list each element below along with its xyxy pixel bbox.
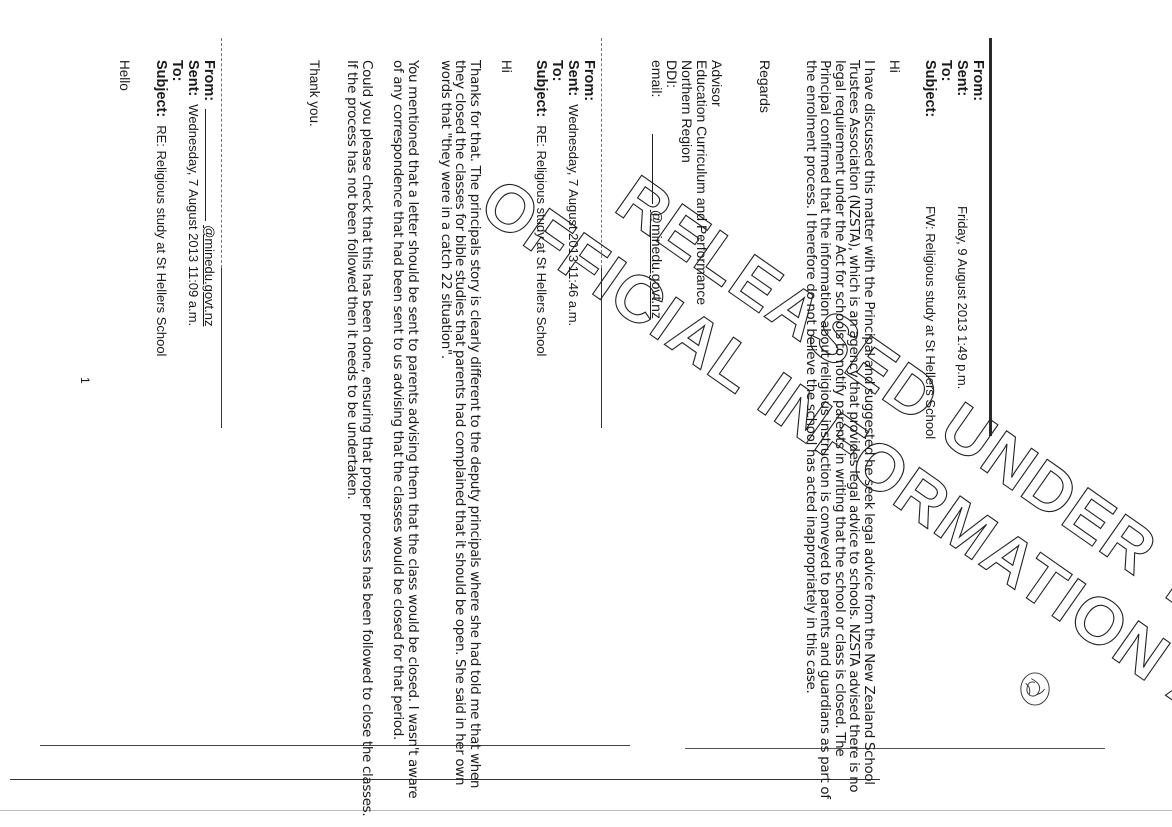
- signature-region: Northern Region: [679, 60, 694, 319]
- body-line: the enrolment process. I therefore do no…: [803, 60, 818, 799]
- header-sent: Sent: Wednesday, 7 August 2013 11:09 a.m…: [185, 60, 201, 356]
- ministry-logo-icon: [1018, 670, 1052, 708]
- header-from: From:: [970, 60, 986, 439]
- header-sent: Sent: Friday, 9 August 2013 1:49 p.m.: [954, 60, 970, 439]
- email-link[interactable]: @minedu.govt.nz: [649, 210, 665, 319]
- body-paragraph: I have discussed this matter with the Pr…: [803, 60, 876, 799]
- to-label: To:: [549, 60, 565, 81]
- body-line: Could you please check that this has bee…: [359, 60, 374, 816]
- email-label: email:: [649, 60, 664, 130]
- closing: Thank you.: [307, 60, 322, 127]
- email-separator: [601, 268, 602, 428]
- body-line: If the process has not been followed the…: [345, 60, 360, 816]
- closing: Regards: [757, 60, 772, 319]
- body-line: legal requirement under the Act for scho…: [832, 60, 847, 799]
- body-paragraph: Could you please check that this has bee…: [345, 60, 374, 816]
- to-label: To:: [169, 60, 185, 81]
- sent-value: Friday, 9 August 2013 1:49 p.m.: [955, 206, 970, 389]
- subject-value: RE: Religious study at St Hellers School: [154, 125, 169, 356]
- subject-label: Subject:: [153, 60, 169, 117]
- signature-title: Advisor: [709, 60, 724, 319]
- header-from: From:: [581, 60, 597, 356]
- header-to: To:: [169, 60, 185, 356]
- header-subject: Subject: FW: Religious study at St Helle…: [922, 60, 938, 439]
- sent-value: Wednesday, 7 August 2013 11:46 a.m.: [566, 104, 581, 326]
- header-rule: [989, 38, 992, 436]
- email-separator: [221, 268, 222, 428]
- redacted-email-local: [652, 134, 653, 204]
- from-label: From:: [970, 60, 986, 170]
- subject-label: Subject:: [922, 60, 938, 170]
- header-subject: Subject: RE: Religious study at St Helle…: [153, 60, 169, 356]
- header-from: From: @minedu.govt.nz: [201, 60, 217, 356]
- body-paragraph: You mentioned that a letter should be se…: [391, 60, 420, 798]
- signature-department: Education Curriculum and Performance: [694, 60, 709, 319]
- email-header: From: @minedu.govt.nz Sent: Wednesday, 7…: [153, 60, 217, 356]
- from-label: From:: [581, 60, 597, 101]
- sent-label: Sent:: [565, 60, 581, 96]
- email-header: From: Sent: Wednesday, 7 August 2013 11:…: [533, 60, 597, 356]
- from-email-link[interactable]: @minedu.govt.nz: [202, 225, 217, 326]
- email-separator: [601, 38, 602, 268]
- signature-ddi: DDI:: [664, 60, 679, 319]
- sent-label: Sent:: [185, 60, 201, 96]
- signature-block: Regards Advisor Education Curriculum and…: [649, 60, 772, 319]
- greeting: Hello: [117, 60, 132, 91]
- header-subject: Subject: RE: Religious study at St Helle…: [533, 60, 549, 356]
- body-line: they closed the classes for bible studie…: [453, 60, 468, 788]
- page-number: 1: [78, 377, 92, 384]
- redacted-sender: [205, 109, 206, 221]
- header-sent: Sent: Wednesday, 7 August 2013 11:46 a.m…: [565, 60, 581, 356]
- body-line: Principal confirmed that the information…: [818, 60, 833, 799]
- subject-label: Subject:: [533, 60, 549, 117]
- email-separator: [221, 38, 222, 268]
- document-page: From: Sent: Friday, 9 August 2013 1:49 p…: [0, 0, 1172, 827]
- body-line: words that "they were in a catch 22 situ…: [438, 60, 453, 788]
- body-paragraph: Thanks for that. The principals story is…: [438, 60, 482, 788]
- header-to: To:: [938, 60, 954, 439]
- body-line: Trustees Association (NZSTA), which is a…: [847, 60, 862, 799]
- greeting: Hi: [887, 60, 902, 73]
- sent-value: Wednesday, 7 August 2013 11:09 a.m.: [186, 104, 201, 326]
- body-line: of any correspondence that had been sent…: [391, 60, 406, 798]
- email-header: From: Sent: Friday, 9 August 2013 1:49 p…: [922, 60, 986, 439]
- body-line: You mentioned that a letter should be se…: [405, 60, 420, 798]
- body-line: Thanks for that. The principals story is…: [467, 60, 482, 788]
- body-line: I have discussed this matter with the Pr…: [861, 60, 876, 799]
- header-to: To:: [549, 60, 565, 356]
- subject-value: RE: Religious study at St Hellers School: [534, 125, 549, 356]
- greeting: Hi: [499, 60, 514, 73]
- to-label: To:: [938, 60, 954, 170]
- subject-value: FW: Religious study at St Hellers School: [923, 206, 938, 439]
- signature-email: email: @minedu.govt.nz: [649, 60, 664, 319]
- sent-label: Sent:: [954, 60, 970, 170]
- from-label: From:: [201, 60, 217, 101]
